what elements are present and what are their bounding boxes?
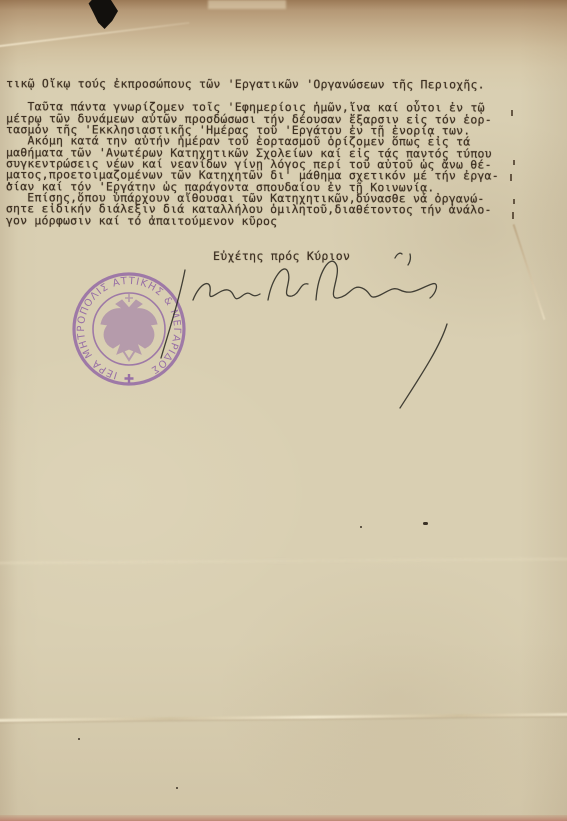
signature-stroke	[193, 284, 260, 300]
fold-line	[0, 713, 567, 722]
scanned-letter-page: τικῷ Οἴκῳ τούς ἐκπροσώπους τῶν 'Εργατικῶ…	[0, 0, 567, 821]
letter-line: γον μόρφωσιν καί τό ἀπαιτούμενον κῦρος	[6, 215, 561, 228]
signature-flourish	[400, 324, 447, 408]
speck	[176, 787, 178, 789]
crease	[0, 22, 189, 48]
crease	[0, 558, 567, 564]
speck	[8, 182, 10, 185]
signature-stroke	[268, 261, 436, 300]
margin-mark	[513, 199, 515, 204]
margin-mark	[512, 212, 514, 219]
margin-mark	[510, 174, 512, 181]
torn-edge-highlight	[208, 0, 286, 9]
cross-icon	[125, 374, 134, 383]
signature-ink	[140, 248, 470, 423]
speck	[423, 522, 428, 525]
signature-stroke	[408, 254, 410, 265]
speck	[78, 738, 80, 740]
letter-body: τικῷ Οἴκῳ τούς ἐκπροσώπους τῶν 'Εργατικῶ…	[6, 78, 561, 228]
crease	[513, 224, 546, 320]
page-bottom-edge	[0, 815, 567, 821]
signature-stroke	[395, 253, 402, 258]
signature-stroke	[161, 270, 185, 358]
margin-mark	[511, 110, 513, 116]
margin-mark	[513, 160, 515, 165]
letter-line: τικῷ Οἴκῳ τούς ἐκπροσώπους τῶν 'Εργατικῶ…	[6, 78, 561, 91]
speck	[360, 526, 362, 528]
ink-blot	[86, 0, 118, 29]
